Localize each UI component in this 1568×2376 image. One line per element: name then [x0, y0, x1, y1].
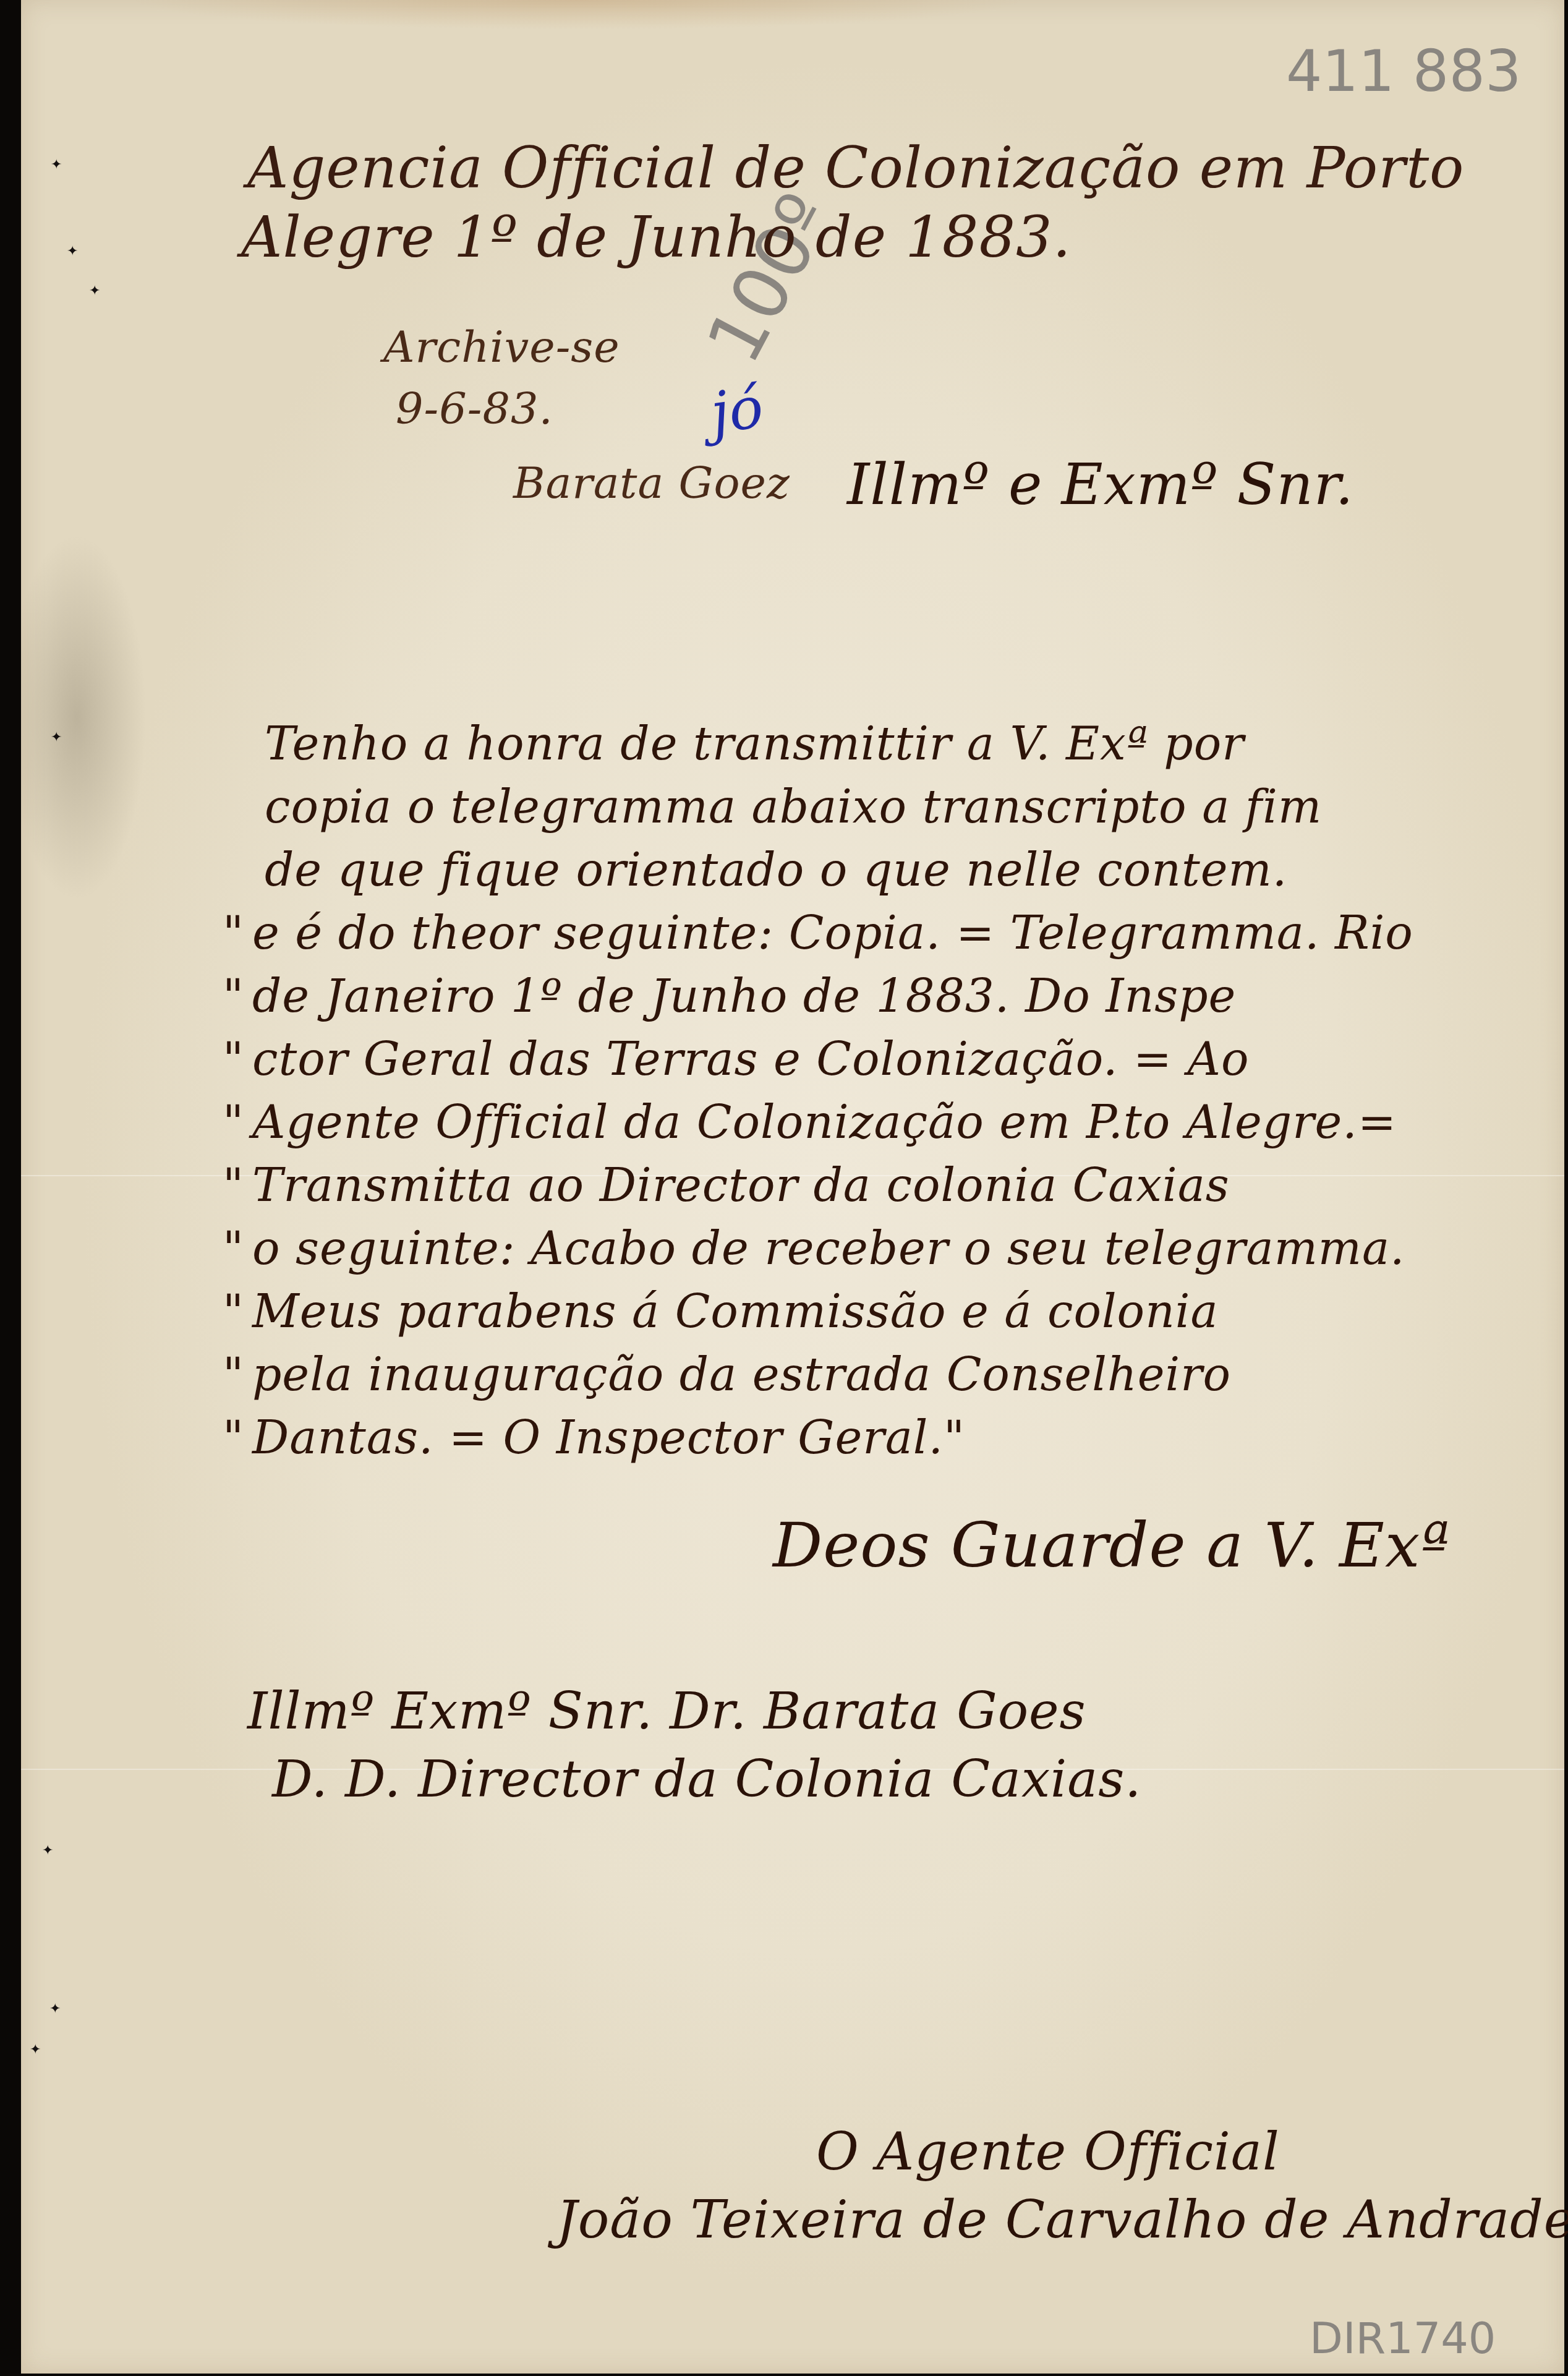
- body-line-text: Tenho a honra de transmittir a V. Exª po…: [265, 717, 1245, 771]
- binding-hole-icon: ✦: [51, 732, 62, 743]
- body-line-text: Dantas. = O Inspector Geral.": [252, 1411, 965, 1464]
- archive-note-date: 9-6-83.: [396, 383, 553, 434]
- letter-header-line-1: Agencia Official de Colonização em Porto: [247, 135, 1465, 201]
- body-line-text: Agente Official da Colonização em P.to A…: [252, 1096, 1397, 1149]
- binding-hole-icon: ✦: [89, 286, 100, 297]
- body-line: copia o telegramma abaixo transcripto a …: [235, 780, 1322, 834]
- archive-note-line-1: Archive-se: [383, 322, 620, 372]
- body-line: "pela inauguração da estrada Conselheiro: [223, 1348, 1231, 1401]
- quote-mark: ": [223, 970, 252, 1023]
- signature-name: João Teixeira de Carvalho de Andrade: [556, 2189, 1568, 2250]
- body-line-text: pela inauguração da estrada Conselheiro: [252, 1348, 1231, 1401]
- salutation-greeting: Illmº e Exmº Snr.: [847, 451, 1354, 518]
- quote-mark: ": [223, 1411, 252, 1464]
- body-line-text: o seguinte: Acabo de receber o seu teleg…: [252, 1222, 1405, 1275]
- body-line: "o seguinte: Acabo de receber o seu tele…: [223, 1222, 1405, 1275]
- body-line-text: copia o telegramma abaixo transcripto a …: [265, 780, 1322, 834]
- body-line: "Transmitta ao Director da colonia Caxia…: [223, 1159, 1230, 1212]
- catalogue-number-top: 411 883: [1286, 38, 1521, 105]
- quote-mark: ": [223, 1222, 252, 1275]
- binding-hole-icon: ✦: [67, 246, 78, 257]
- body-line: "ctor Geral das Terras e Colonização. = …: [223, 1033, 1250, 1086]
- body-line: Tenho a honra de transmittir a V. Exª po…: [235, 717, 1245, 771]
- quote-mark: ": [223, 907, 252, 960]
- body-line-text: de que fique orientado o que nelle conte…: [265, 844, 1287, 897]
- binding-hole-icon: ✦: [42, 1845, 53, 1857]
- body-line-text: ctor Geral das Terras e Colonização. = A…: [252, 1033, 1250, 1086]
- body-line-text: Meus parabens á Commissão e á colonia: [252, 1285, 1219, 1338]
- signature-title: O Agente Official: [816, 2121, 1280, 2182]
- body-line-text: Transmitta ao Director da colonia Caxias: [252, 1159, 1230, 1212]
- binding-hole-icon: ✦: [51, 160, 62, 171]
- body-line-text: e é do theor seguinte: Copia. = Telegram…: [252, 907, 1413, 960]
- body-line: "Agente Official da Colonização em P.to …: [223, 1096, 1397, 1149]
- quote-mark: ": [223, 1159, 252, 1212]
- body-line: "Meus parabens á Commissão e á colonia: [223, 1285, 1219, 1338]
- blue-ink-mark: jó: [707, 374, 767, 447]
- body-line: "de Janeiro 1º de Junho de 1883. Do Insp…: [223, 970, 1236, 1023]
- quote-mark: ": [223, 1285, 252, 1338]
- quote-mark: ": [223, 1096, 252, 1149]
- binding-hole-icon: ✦: [49, 2004, 61, 2015]
- quote-mark: ": [223, 1033, 252, 1086]
- addressee-line-2: D. D. Director da Colonia Caxias.: [272, 1750, 1141, 1809]
- body-line: "e é do theor seguinte: Copia. = Telegra…: [223, 907, 1413, 960]
- addressee-margin-note: Barata Goez: [513, 458, 790, 508]
- binding-hole-icon: ✦: [30, 2045, 41, 2056]
- addressee-line-1: Illmº Exmº Snr. Dr. Barata Goes: [247, 1682, 1086, 1741]
- body-line: de que fique orientado o que nelle conte…: [235, 844, 1287, 897]
- body-line-text: de Janeiro 1º de Junho de 1883. Do Inspe: [252, 970, 1236, 1023]
- quote-mark: ": [223, 1348, 252, 1401]
- letter-header-line-2: Alegre 1º de Junho de 1883.: [241, 204, 1072, 270]
- body-line: "Dantas. = O Inspector Geral.": [223, 1411, 965, 1464]
- closing-formula: Deos Guarde a V. Exª: [773, 1509, 1451, 1581]
- catalogue-number-bottom: DIR1740: [1310, 2313, 1496, 2364]
